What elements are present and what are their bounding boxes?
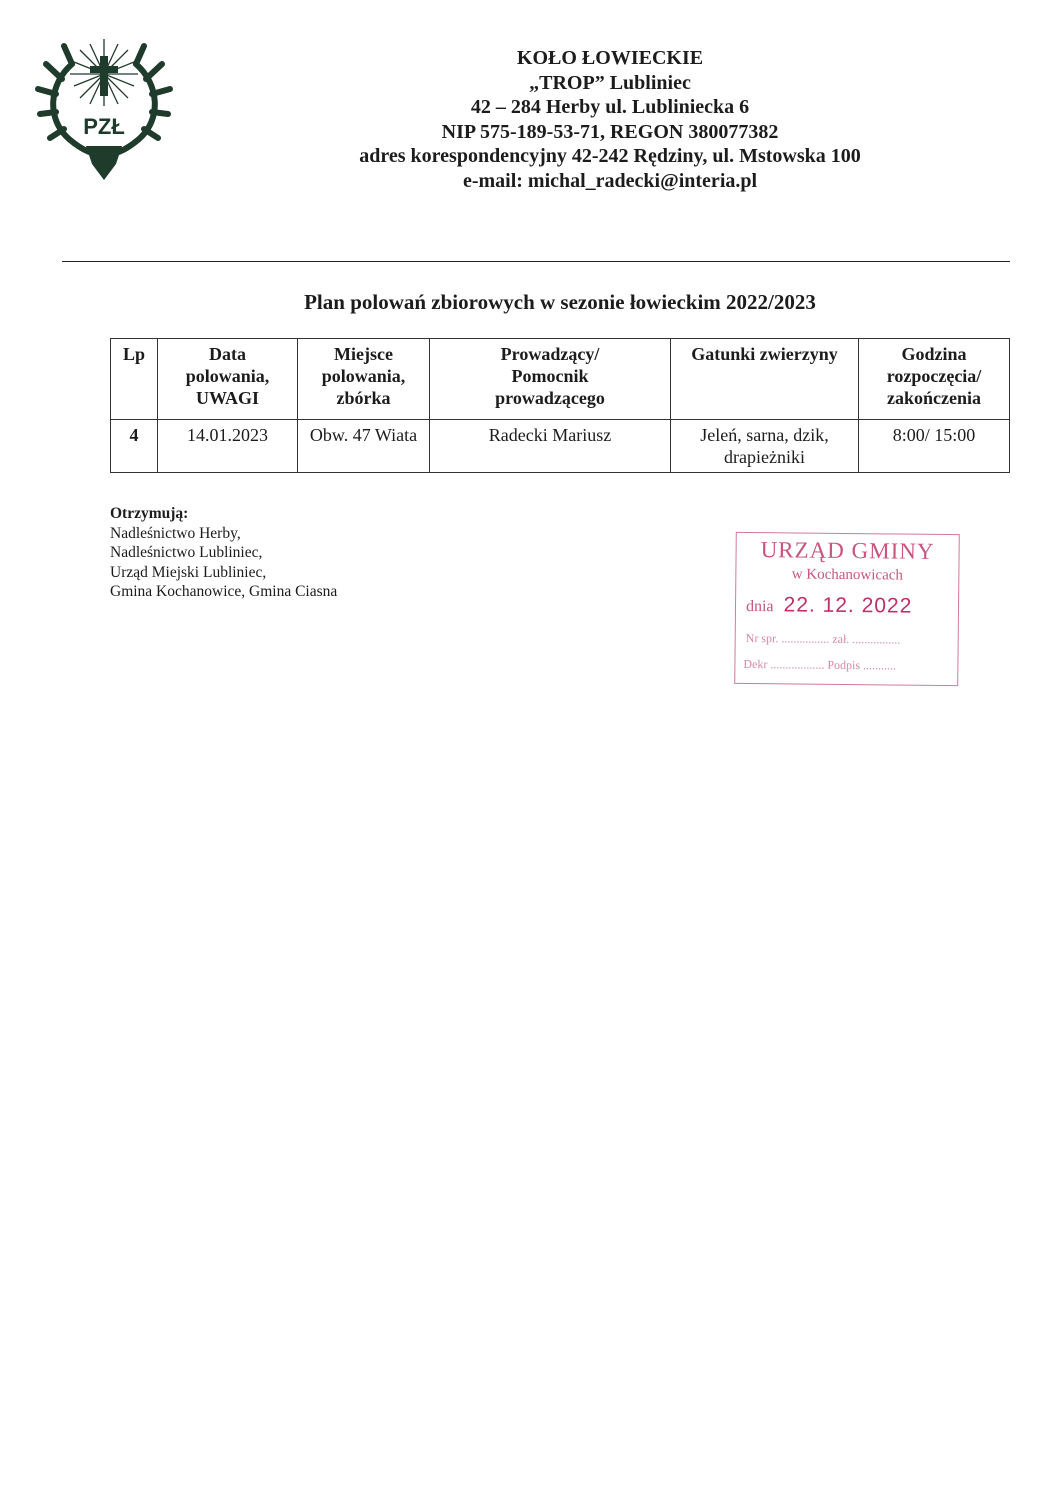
org-tax-ids: NIP 575-189-53-71, REGON 380077382 (300, 120, 920, 145)
header-place: Miejscepolowania,zbórka (298, 339, 430, 420)
svg-text:PZŁ: PZŁ (83, 114, 125, 139)
header-hours: Godzinarozpoczęcia/zakończenia (859, 339, 1010, 420)
org-subname: „TROP” Lubliniec (300, 71, 920, 96)
cell-leader: Radecki Mariusz (430, 420, 671, 473)
stamp-location: w Kochanowicach (736, 566, 958, 585)
cell-hours: 8:00/ 15:00 (859, 420, 1010, 473)
org-address: 42 – 284 Herby ul. Lubliniecka 6 (300, 95, 920, 120)
header-lp: Lp (111, 339, 158, 420)
recipient-item: Nadleśnictwo Lubliniec, (110, 543, 337, 563)
header-species: Gatunki zwierzyny (671, 339, 859, 420)
org-correspondence-address: adres korespondencyjny 42-242 Rędziny, u… (300, 144, 920, 169)
organization-header: KOŁO ŁOWIECKIE „TROP” Lubliniec 42 – 284… (300, 46, 920, 193)
header-divider (62, 261, 1010, 262)
pzl-logo: PZŁ (34, 34, 174, 184)
header-leader: Prowadzący/Pomocnikprowadzącego (430, 339, 671, 420)
cell-lp: 4 (111, 420, 158, 473)
table-header-row: Lp Datapolowania,UWAGI Miejscepolowania,… (111, 339, 1010, 420)
stamp-date: 22. 12. 2022 (783, 593, 912, 617)
org-name: KOŁO ŁOWIECKIE (300, 46, 920, 71)
recipients-heading: Otrzymują: (110, 504, 337, 524)
cell-date: 14.01.2023 (158, 420, 298, 473)
recipient-item: Nadleśnictwo Herby, (110, 524, 337, 544)
stamp-reference-line: Nr spr. ................ zał. ..........… (746, 631, 901, 648)
document-title: Plan polowań zbiorowych w sezonie łowiec… (0, 290, 1058, 315)
recipient-item: Gmina Kochanowice, Gmina Ciasna (110, 582, 337, 602)
stamp-date-label: dnia (746, 598, 774, 615)
table-row: 4 14.01.2023 Obw. 47 Wiata Radecki Mariu… (111, 420, 1010, 473)
hunt-plan-table: Lp Datapolowania,UWAGI Miejscepolowania,… (110, 338, 1010, 473)
stamp-date-line: dnia22. 12. 2022 (746, 593, 913, 619)
receipt-stamp: URZĄD GMINY w Kochanowicach dnia22. 12. … (734, 532, 960, 686)
recipient-item: Urząd Miejski Lubliniec, (110, 563, 337, 583)
recipients-list: Otrzymują: Nadleśnictwo Herby, Nadleśnic… (110, 504, 337, 602)
header-date: Datapolowania,UWAGI (158, 339, 298, 420)
stamp-office: URZĄD GMINY (736, 537, 958, 565)
cell-place: Obw. 47 Wiata (298, 420, 430, 473)
org-email: e-mail: michal_radecki@interia.pl (300, 169, 920, 194)
cell-species: Jeleń, sarna, dzik,drapieżniki (671, 420, 859, 473)
stamp-signature-line: Dekr .................. Podpis .........… (743, 657, 896, 674)
pzl-emblem-icon: PZŁ (34, 34, 174, 184)
